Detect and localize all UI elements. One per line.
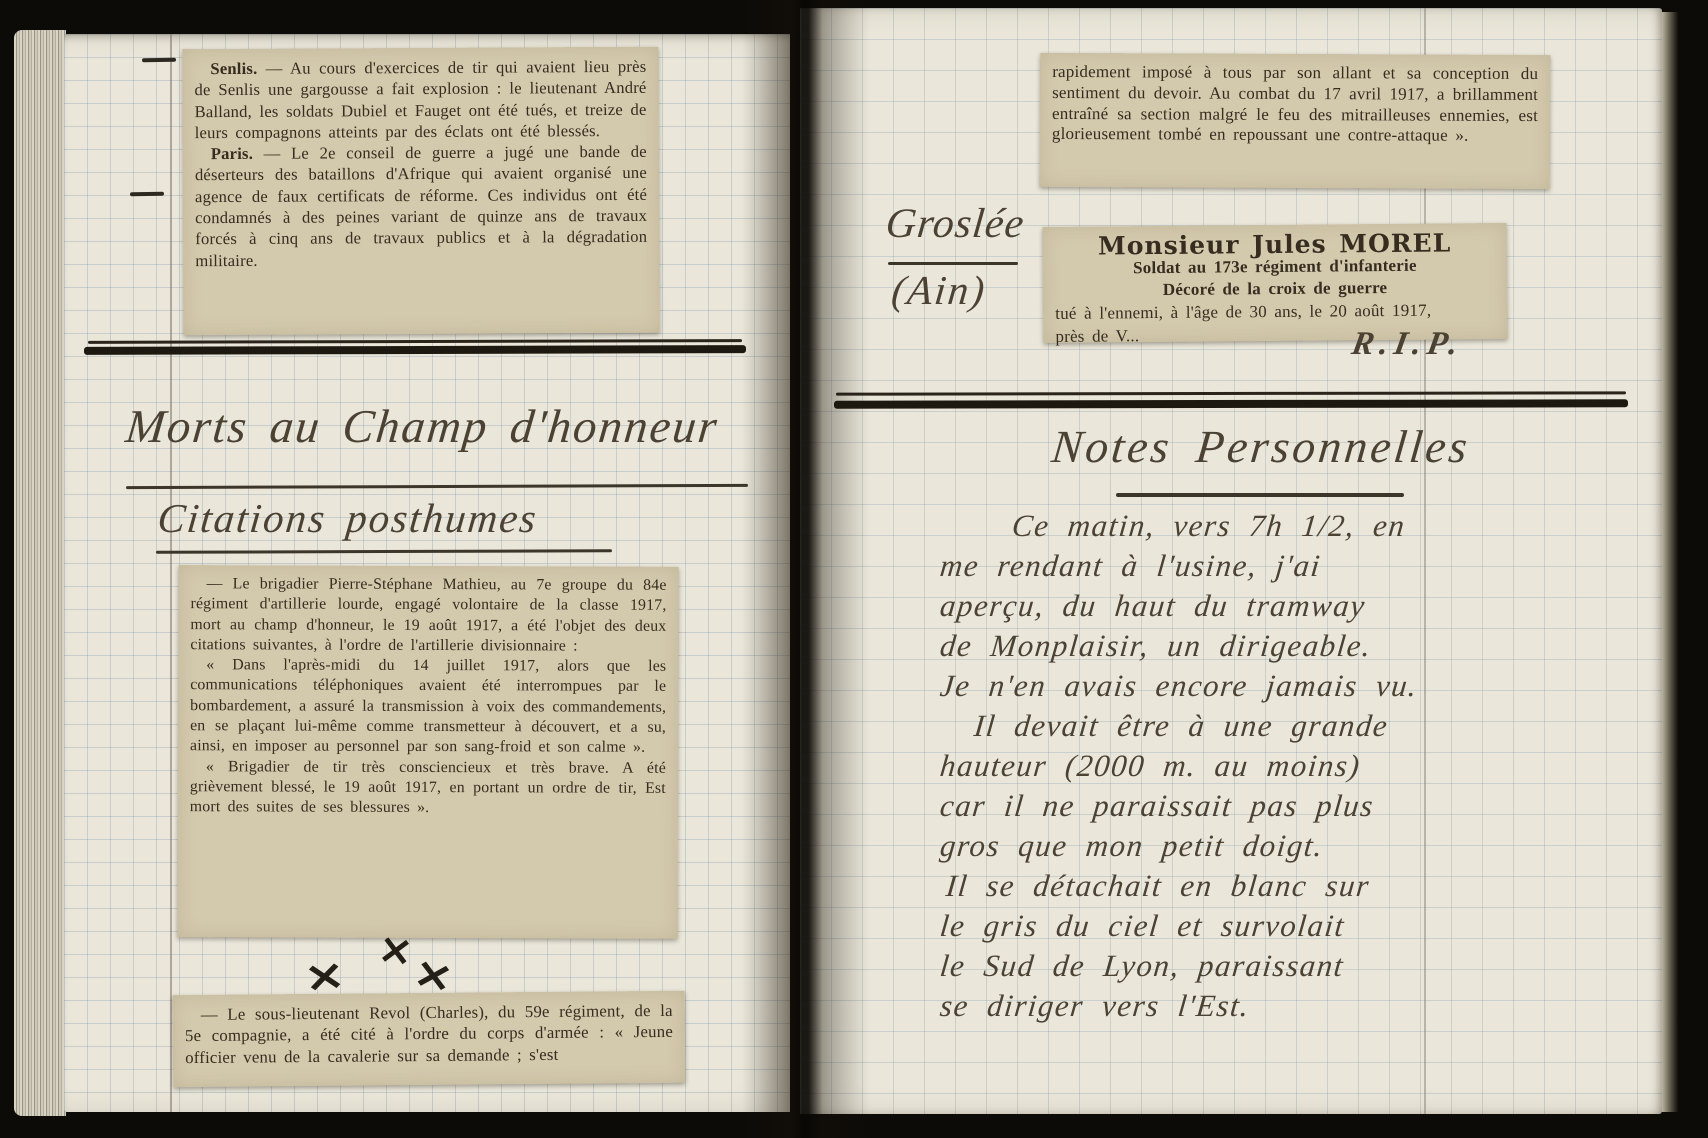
paragraph-lead: Paris. bbox=[211, 144, 253, 163]
morts-au-champ-heading: Morts au Champ d'honneur bbox=[123, 400, 721, 454]
left-page: Senlis. — Au cours d'exercices de tir qu… bbox=[64, 34, 790, 1112]
note-line: Il se détachait en blanc sur bbox=[938, 868, 1542, 908]
pen-dash bbox=[130, 192, 164, 197]
clipping-paragraph: — Le sous-lieutenant Revol (Charles), du… bbox=[185, 1000, 674, 1068]
heading-underline bbox=[156, 549, 612, 554]
obituary-subtitle: Décoré de la croix de guerre bbox=[1055, 276, 1495, 301]
clipping-paragraph: rapidement imposé à tous par son allant … bbox=[1052, 62, 1538, 147]
right-page: rapidement imposé à tous par son allant … bbox=[800, 8, 1662, 1114]
separator-rule-thick bbox=[834, 399, 1628, 408]
pen-dash bbox=[142, 58, 176, 63]
separator-rule-thick bbox=[84, 345, 746, 355]
paragraph-lead: Senlis. bbox=[210, 59, 257, 78]
notes-personnelles-heading: Notes Personnelles bbox=[1049, 420, 1472, 473]
continuation-clipping: rapidement imposé à tous par son allant … bbox=[1040, 53, 1551, 189]
clipping-paragraph: « Brigadier de tir très consciencieux et… bbox=[190, 757, 666, 820]
note-line: se diriger vers l'Est. bbox=[938, 988, 1542, 1028]
note-line: de Monplaisir, un dirigeable. bbox=[938, 628, 1542, 668]
groslee-place-note: Groslée bbox=[883, 200, 1026, 248]
scrapbook-spread: Senlis. — Au cours d'exercices de tir qu… bbox=[0, 0, 1708, 1138]
note-line: aperçu, du haut du tramway bbox=[938, 588, 1542, 628]
clipping-paragraph: Paris. — Le 2e conseil de guerre a jugé … bbox=[195, 141, 648, 271]
left-page-stack-edges bbox=[14, 30, 66, 1116]
note-line: le gris du ciel et survolait bbox=[938, 908, 1542, 948]
heading-underline bbox=[1116, 493, 1404, 497]
left-margin-line bbox=[170, 34, 172, 1112]
paragraph-body: — Au cours d'exercices de tir qui avaien… bbox=[194, 57, 646, 142]
ain-place-note: (Ain) bbox=[889, 266, 988, 314]
obituary-body-line: tué à l'ennemi, à l'âge de 30 ans, le 20… bbox=[1055, 299, 1495, 324]
note-line: car il ne paraissait pas plus bbox=[938, 788, 1542, 828]
citations-heading: Citations posthumes bbox=[155, 494, 540, 542]
paragraph-body: — Le 2e conseil de guerre a jugé une ban… bbox=[195, 142, 647, 270]
separator-rule-thin bbox=[88, 339, 742, 344]
mathieu-citation-clipping: — Le brigadier Pierre-Stéphane Mathieu, … bbox=[177, 565, 678, 939]
place-underline bbox=[888, 262, 1018, 265]
note-line: me rendant à l'usine, j'ai bbox=[938, 548, 1542, 588]
note-line: Ce matin, vers 7h 1/2, en bbox=[938, 508, 1542, 548]
clipping-paragraph: Senlis. — Au cours d'exercices de tir qu… bbox=[194, 56, 646, 144]
note-line: hauteur (2000 m. au moins) bbox=[938, 748, 1542, 788]
note-line: gros que mon petit doigt. bbox=[938, 828, 1542, 868]
x-mark: × bbox=[375, 927, 416, 973]
note-line: Je n'en avais encore jamais vu. bbox=[938, 668, 1542, 708]
heading-underline bbox=[126, 484, 748, 489]
separator-rule-thin bbox=[836, 391, 1626, 395]
note-line: le Sud de Lyon, paraissant bbox=[938, 948, 1542, 988]
right-page-stack-edges bbox=[1662, 12, 1678, 1112]
revol-clipping: — Le sous-lieutenant Revol (Charles), du… bbox=[173, 991, 686, 1087]
x-mark: × bbox=[301, 953, 347, 999]
clipping-paragraph: — Le brigadier Pierre-Stéphane Mathieu, … bbox=[190, 574, 666, 657]
news-clipping-senlis-paris: Senlis. — Au cours d'exercices de tir qu… bbox=[182, 47, 659, 335]
diary-note: Ce matin, vers 7h 1/2, en me rendant à l… bbox=[940, 508, 1540, 1028]
note-line: Il devait être à une grande bbox=[938, 708, 1542, 748]
obituary-title: Monsieur Jules MOREL bbox=[1055, 232, 1495, 257]
rip-note: R.I.P. bbox=[1349, 326, 1467, 363]
clipping-paragraph: « Dans l'après-midi du 14 juillet 1917, … bbox=[190, 655, 666, 758]
